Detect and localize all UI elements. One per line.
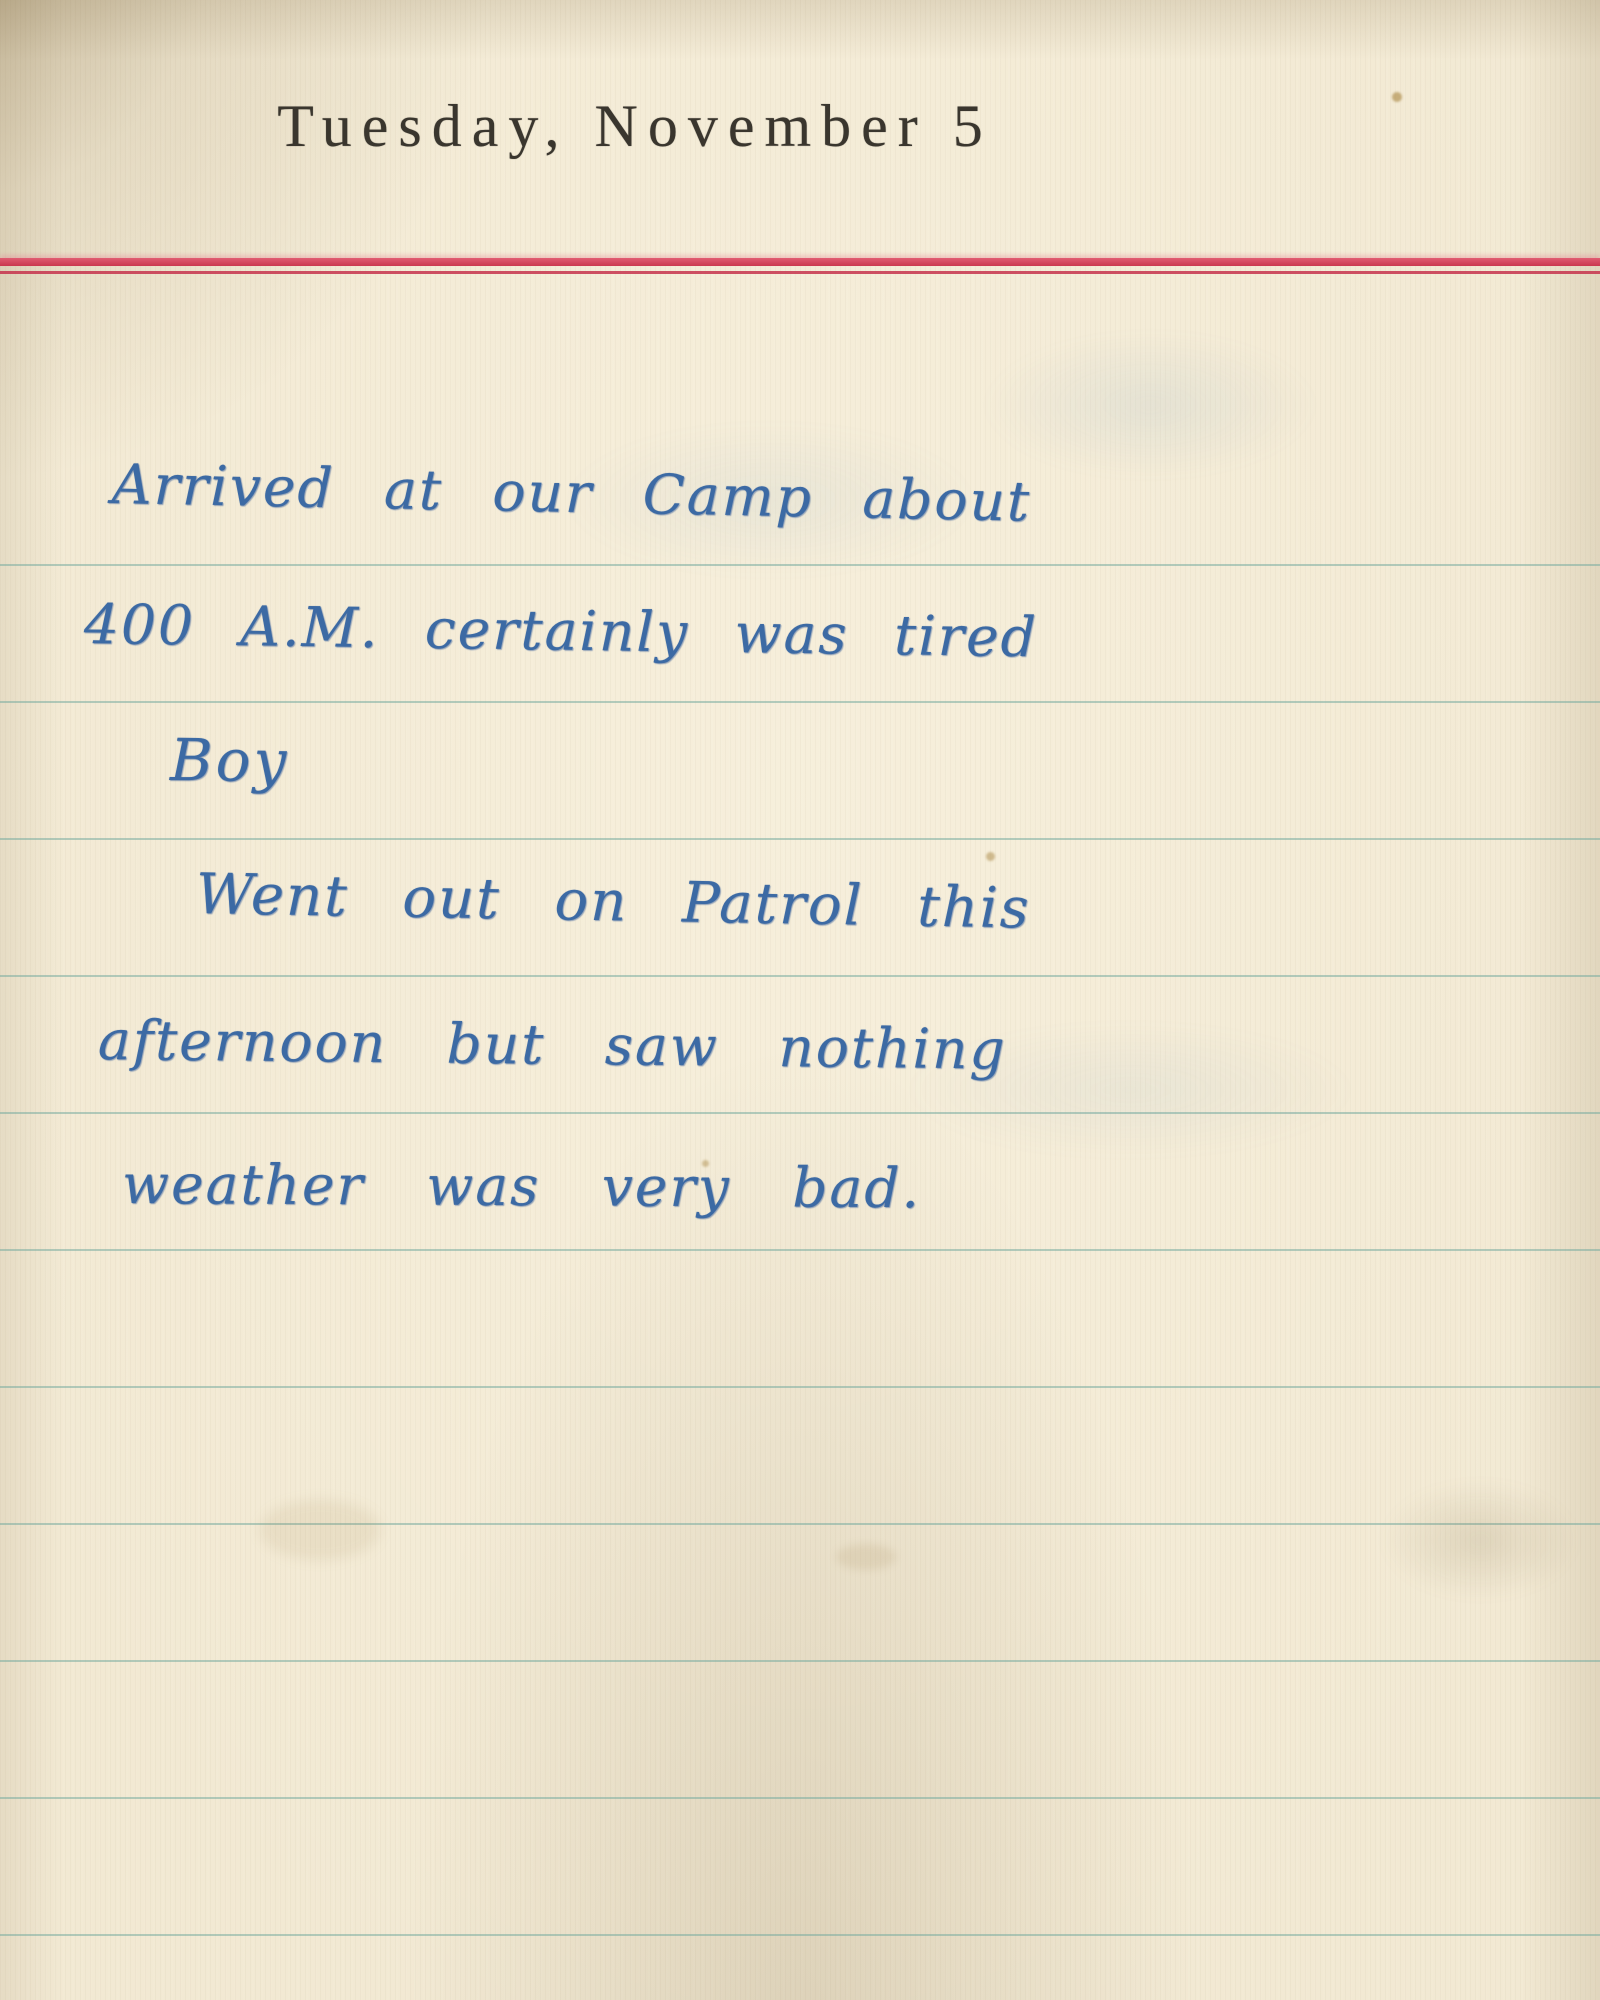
red-rule-thin (0, 271, 1600, 274)
handwriting-line: Boy (170, 726, 290, 795)
handwriting-line: weather was very bad. (122, 1152, 921, 1220)
handwriting-line: 400 A.M. certainly was tired (84, 592, 1039, 669)
red-rule-thick (0, 258, 1600, 266)
red-double-rule (0, 254, 1600, 282)
age-stain (1392, 92, 1402, 102)
handwriting-line: afternoon but saw nothing (98, 1008, 1007, 1082)
date-header: Tuesday, November 5 (0, 92, 1270, 161)
diary-page: Tuesday, November 5 Arrived at our Camp … (0, 0, 1600, 2000)
